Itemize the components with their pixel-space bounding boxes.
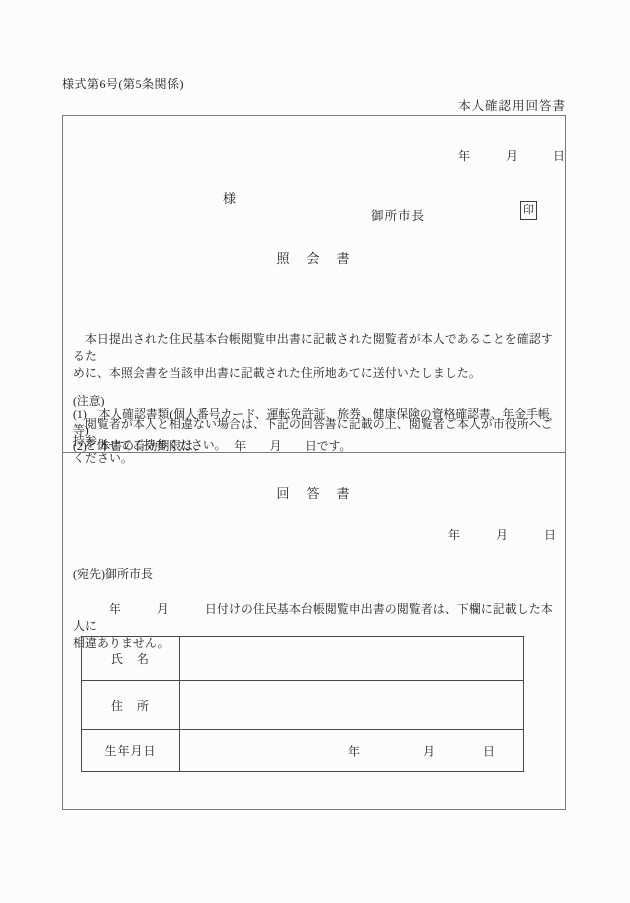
section-divider (63, 452, 565, 453)
inquiry-body: 本日提出された住民基本台帳閲覧申出書に記載された閲覧者が本人であることを確認する… (73, 297, 561, 501)
month-label: 月 (423, 742, 435, 759)
reply-recipient: (宛先)御所市長 (73, 565, 153, 582)
table-row-birthdate: 生年月日 年 月 日 (82, 730, 524, 772)
inquiry-date-line: 年 月 日 (63, 147, 565, 163)
table-row-name: 氏 名 (82, 637, 524, 681)
year-label: 年 (458, 147, 470, 164)
year-label: 年 (448, 526, 460, 543)
day-label: 日 (544, 526, 556, 543)
address-label: 住 所 (82, 681, 180, 730)
addressee-honorific: 様 (223, 188, 236, 207)
reply-section-title: 回 答 書 (63, 483, 565, 502)
birthdate-label: 生年月日 (82, 730, 180, 772)
month-label: 月 (496, 526, 508, 543)
form-border-box: 年 月 日 様 御所市長 印 照 会 書 本日提出された住民基本台帳閲覧申出書に… (62, 115, 566, 810)
form-page: 様式第6号(第5条関係) 本人確認用回答書 年 月 日 様 御所市長 印 照 会… (0, 0, 630, 903)
inquiry-section-title: 照 会 書 (63, 248, 565, 267)
day-label: 日 (483, 742, 495, 759)
identity-table: 氏 名 住 所 生年月日 年 月 日 (81, 636, 524, 772)
inquiry-paragraph-1: 本日提出された住民基本台帳閲覧申出書に記載された閲覧者が本人であることを確認する… (73, 331, 561, 382)
address-value-cell[interactable] (180, 681, 524, 730)
sender-mayor: 御所市長 (371, 206, 425, 224)
name-value-cell[interactable] (180, 637, 524, 681)
day-label: 日 (553, 147, 565, 164)
name-label: 氏 名 (82, 637, 180, 681)
form-number: 様式第6号(第5条関係) (62, 75, 184, 92)
year-label: 年 (348, 742, 360, 759)
table-row-address: 住 所 (82, 681, 524, 730)
birthdate-value-cell[interactable]: 年 月 日 (180, 730, 524, 772)
seal-mark: 印 (520, 201, 537, 220)
month-label: 月 (506, 147, 518, 164)
document-title: 本人確認用回答書 (458, 96, 566, 114)
reply-date-line: 年 月 日 (63, 526, 565, 542)
